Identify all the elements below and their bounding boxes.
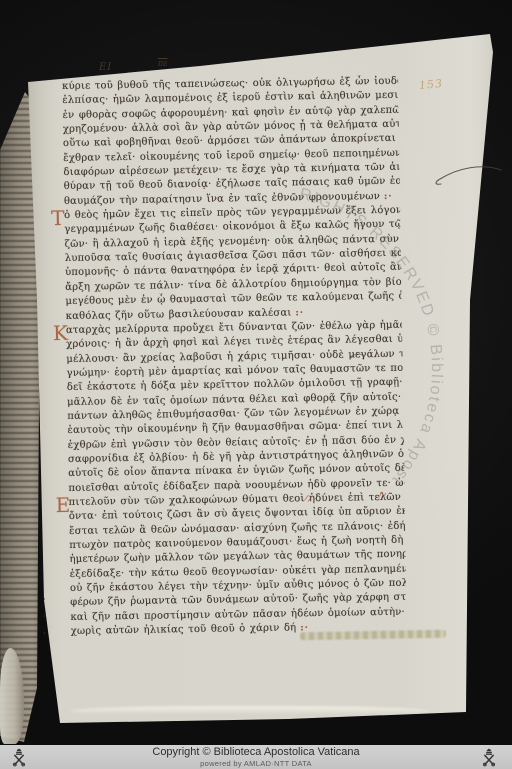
paragraph-4: Ε πιτελοῦν σὺν τῶν χαλκοφώνων θύματι θεο… [69, 491, 407, 640]
paragraph-3: Κ αταρχὰς μελίρρυτα προὔχει ἔτι δύνανται… [66, 319, 405, 496]
vatican-emblem-icon [479, 747, 499, 767]
copyright-text: Copyright © Biblioteca Apostolica Vatica… [0, 746, 512, 759]
margin-dot: · [43, 596, 46, 605]
abbreviation-mark: ΕΙ [99, 62, 112, 73]
digitized-manuscript-photo: 153 ΕΙ πε κύριε τοῦ βυθοῦ τῆς ταπεινώσεω… [0, 0, 512, 769]
rubric-end-mark: :· [384, 192, 393, 202]
page-bottom-edge-highlight [70, 706, 430, 716]
paragraph-1: κύριε τοῦ βυθοῦ τῆς ταπεινώσεως· οὐκ ὀλι… [62, 75, 400, 209]
rubric-initial: Κ [53, 323, 68, 343]
text-line-end: καθόλας ζῆν οὕτω βασιλεύουσαν καλέσαι [66, 307, 292, 322]
rubric-initial: Τ [51, 208, 65, 228]
margin-dot: · [43, 630, 46, 639]
margin-dot: · [43, 613, 46, 622]
abbreviation-mark: πε [158, 59, 168, 68]
paragraph-2: Τ ὁ θεὸς ἡμῶν ἔχει τις εἰπεῖν πρὸς τῶν γ… [64, 204, 402, 324]
powered-by-text: powered by AMLAD·NTT DATA [0, 759, 512, 768]
rubric-initial: Ε [56, 495, 71, 515]
footer-bar: Copyright © Biblioteca Apostolica Vatica… [0, 745, 512, 769]
text-block: κύριε τοῦ βυθοῦ τῆς ταπεινώσεως· οὐκ ὀλι… [62, 75, 407, 640]
text-line-end: χωρὶς αὐτῶν ἡλικίας τοῦ θεοῦ ὁ χάριν δή [71, 622, 297, 637]
rubric-end-mark: :· [295, 308, 304, 318]
footer-text: Copyright © Biblioteca Apostolica Vatica… [0, 746, 512, 768]
folio-number: 153 [418, 77, 443, 92]
